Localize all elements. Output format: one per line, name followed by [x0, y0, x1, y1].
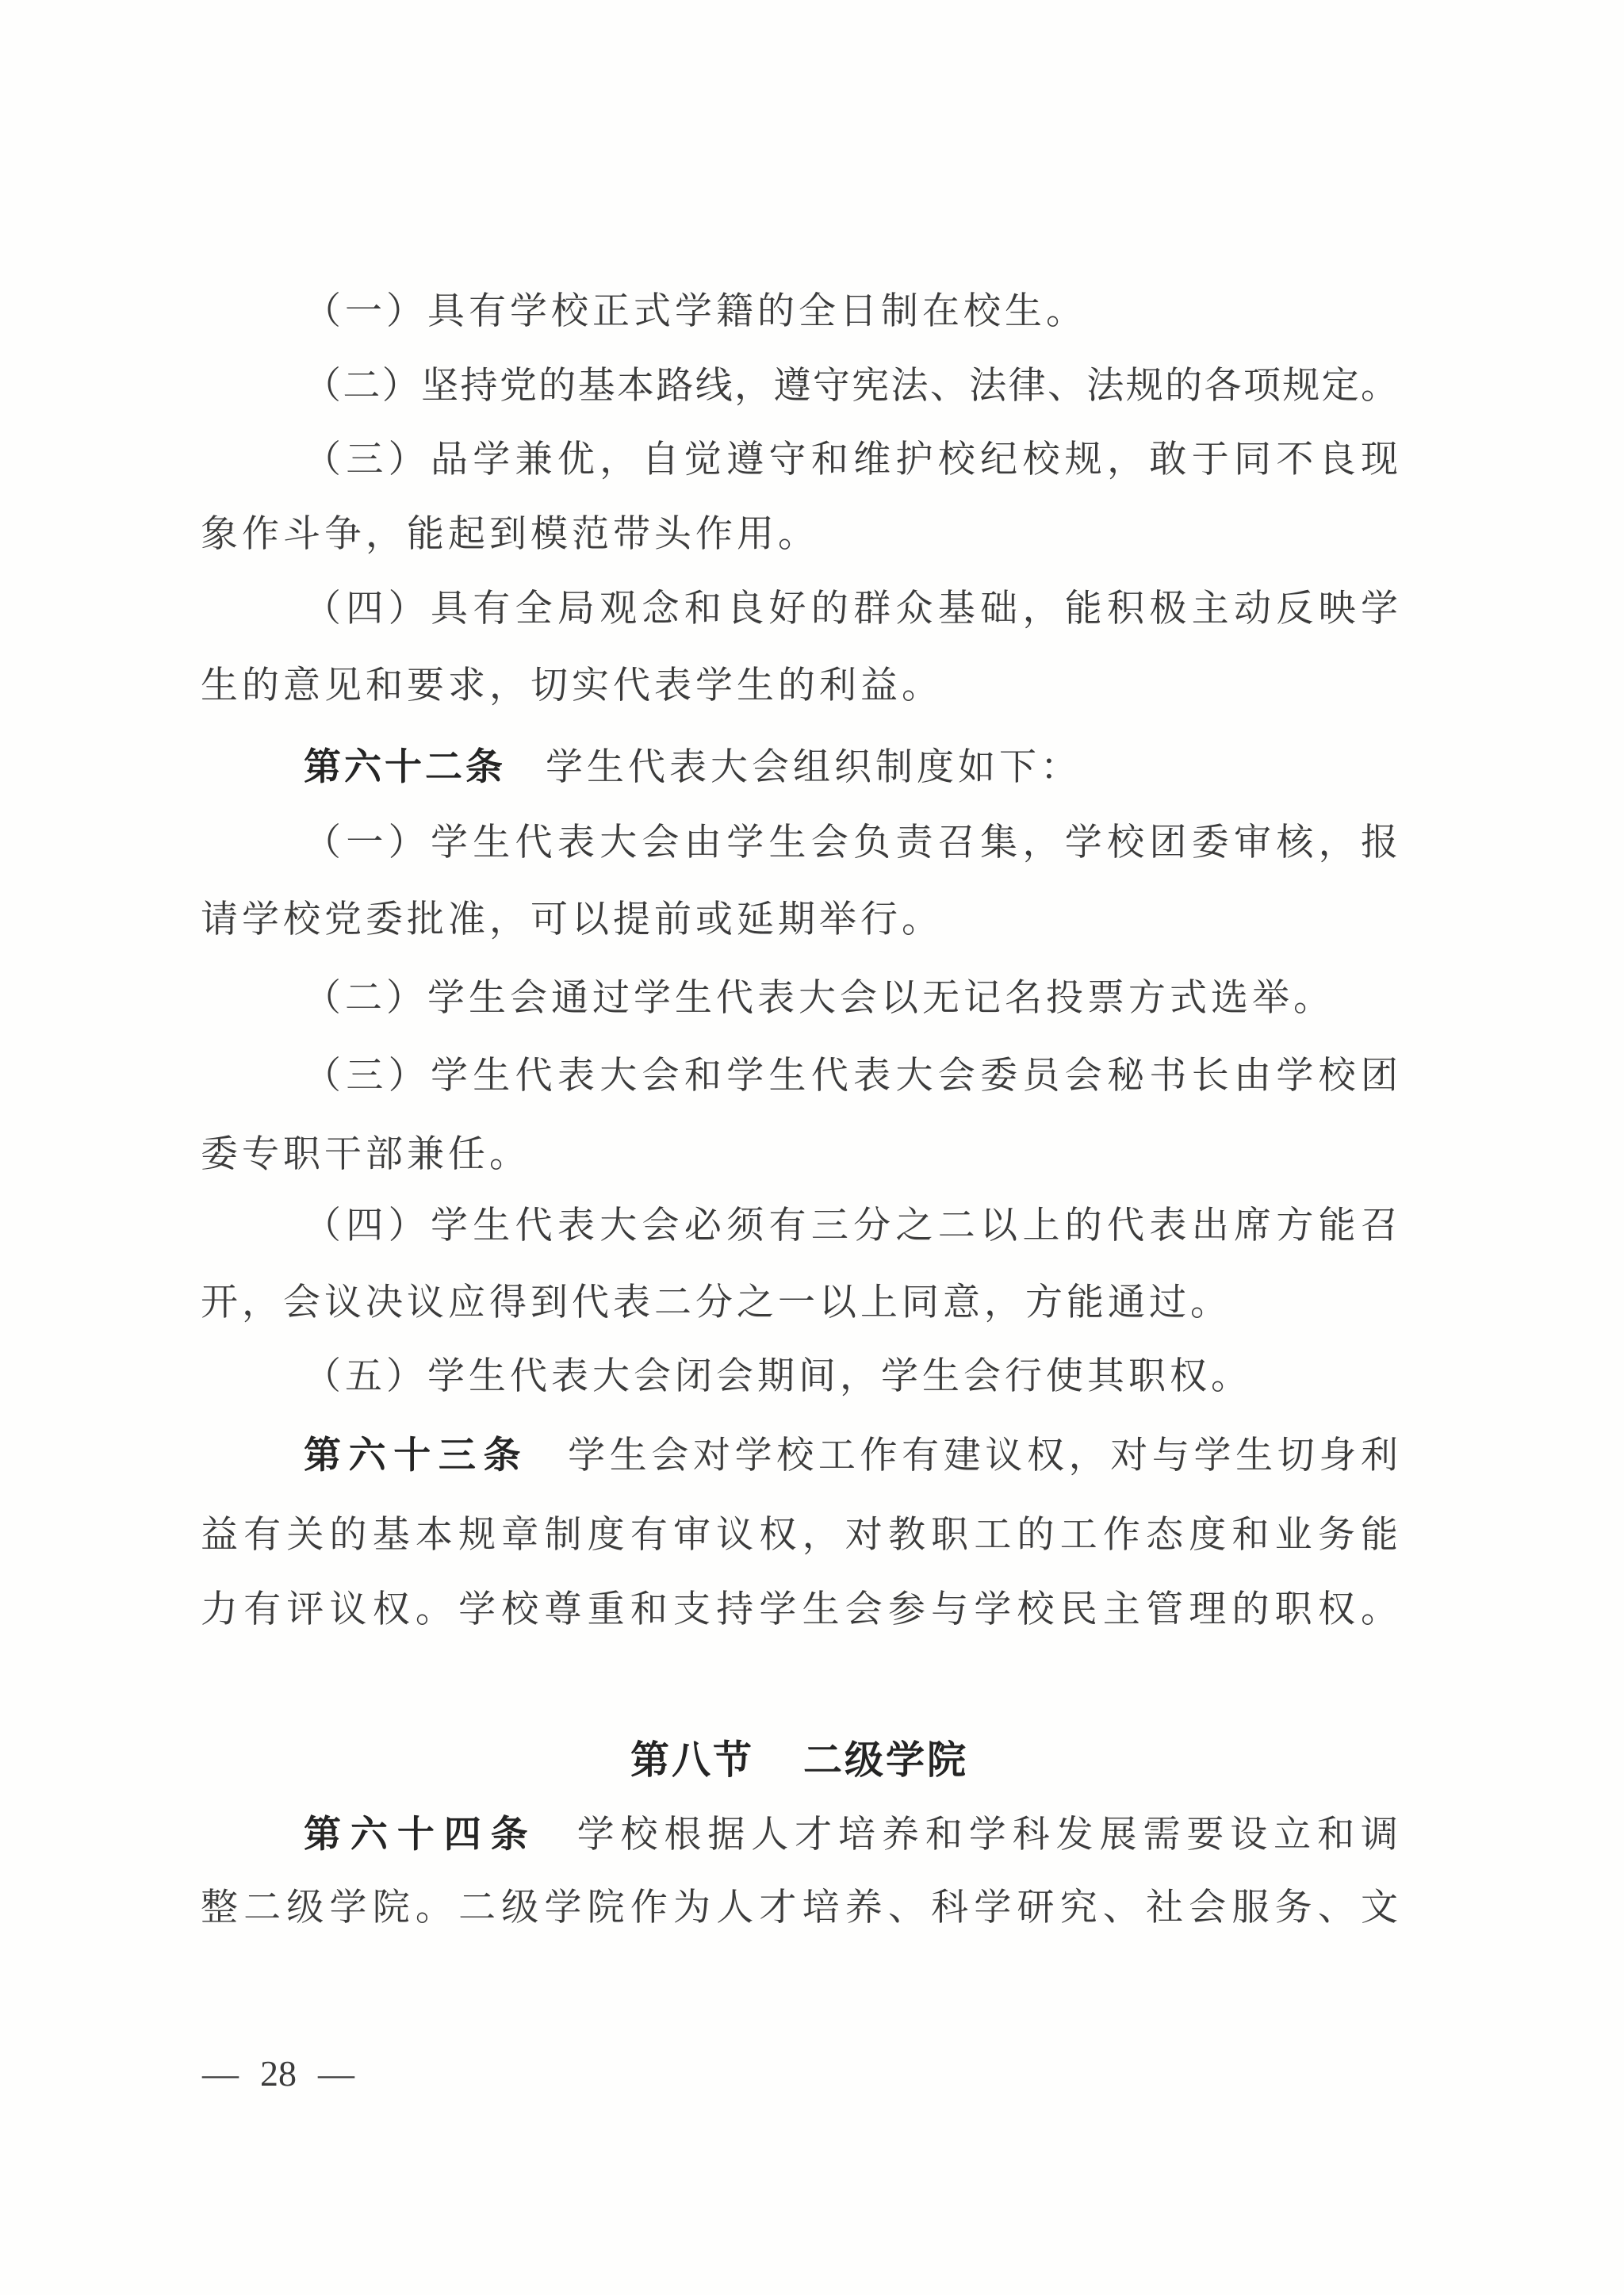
text-line: 开，会议决议应得到代表二分之一以上同意，方能通过。 [201, 1280, 1398, 1326]
article-text: 学校根据人才培养和学科发展需要设立和调 [577, 1814, 1398, 1856]
document-page: （一）具有学校正式学籍的全日制在校生。 （二）坚持党的基本路线，遵守宪法、法律、… [0, 0, 1624, 2295]
text-line-article-63: 第六十三条学生会对学校工作有建议权，对与学生切身利 [201, 1432, 1398, 1479]
section-heading: 第八节二级学院 [201, 1738, 1398, 1784]
text-line-article-62: 第六十二条学生代表大会组织制度如下： [201, 744, 1398, 791]
text-line: 象作斗争，能起到模范带头作用。 [201, 511, 1398, 557]
text-line: （一）学生代表大会由学生会负责召集，学校团委审核，报 [201, 820, 1398, 866]
text-line: （一）具有学校正式学籍的全日制在校生。 [201, 289, 1398, 335]
text-line: 委专职干部兼任。 [201, 1132, 1398, 1178]
section-number: 第八节 [630, 1739, 754, 1782]
article-number-lead: 第六十四条 [304, 1813, 538, 1855]
text-line: 益有关的基本规章制度有审议权，对教职工的工作态度和业务能 [201, 1512, 1398, 1558]
text-line: （四）学生代表大会必须有三分之二以上的代表出席方能召 [201, 1203, 1398, 1249]
text-line: （三）品学兼优，自觉遵守和维护校纪校规，敢于同不良现 [201, 437, 1398, 483]
text-line: 请学校党委批准，可以提前或延期举行。 [201, 897, 1398, 943]
article-number-lead: 第六十二条 [304, 745, 506, 787]
text-line: （四）具有全局观念和良好的群众基础，能积极主动反映学 [201, 586, 1398, 632]
text-line: （二）坚持党的基本路线，遵守宪法、法律、法规的各项规定。 [201, 363, 1398, 409]
footer-dash-right: — [318, 2053, 354, 2094]
text-line-article-64: 第六十四条学校根据人才培养和学科发展需要设立和调 [201, 1811, 1398, 1858]
page-number: 28 [260, 2053, 297, 2094]
text-line: （五）学生代表大会闭会期间，学生会行使其职权。 [201, 1354, 1398, 1400]
page-footer: —28— [202, 2054, 354, 2094]
section-title: 二级学院 [803, 1739, 968, 1782]
text-line: （三）学生代表大会和学生代表大会委员会秘书长由学校团 [201, 1053, 1398, 1099]
footer-dash-left: — [202, 2053, 239, 2094]
article-text: 学生代表大会组织制度如下： [546, 747, 1082, 788]
article-text: 学生会对学校工作有建议权，对与学生切身利 [568, 1435, 1398, 1477]
article-number-lead: 第六十三条 [304, 1434, 528, 1476]
text-line: （二）学生会通过学生代表大会以无记名投票方式选举。 [201, 975, 1398, 1021]
text-line: 生的意见和要求，切实代表学生的利益。 [201, 663, 1398, 709]
text-line: 力有评议权。学校尊重和支持学生会参与学校民主管理的职权。 [201, 1587, 1398, 1633]
text-line: 整二级学院。二级学院作为人才培养、科学研究、社会服务、文 [201, 1885, 1398, 1931]
